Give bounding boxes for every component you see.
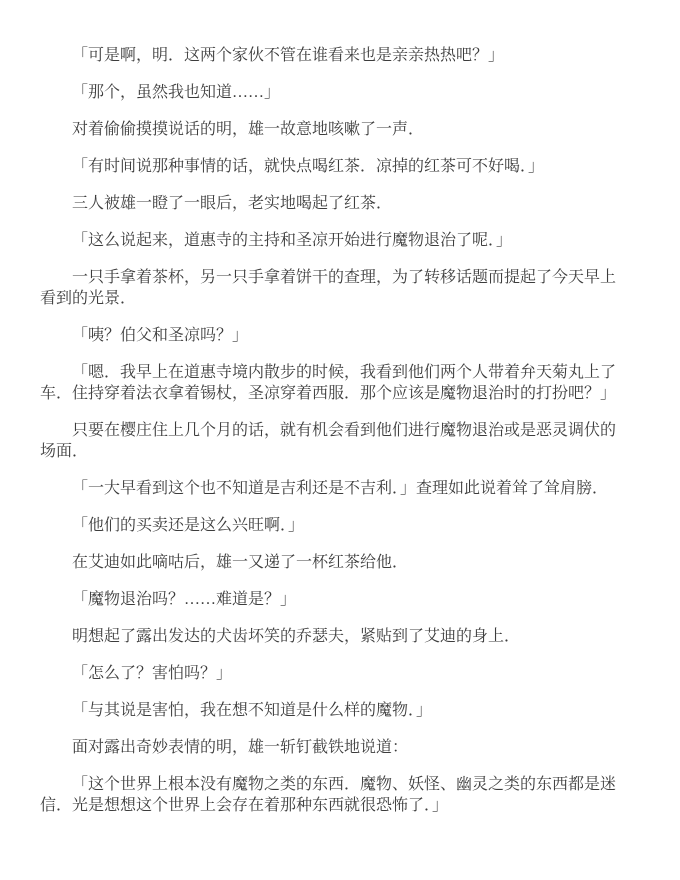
page-body: { "page": { "background_color": "#ffffff…: [0, 0, 680, 880]
paragraph: 只要在樱庄住上几个月的话，就有机会看到他们进行魔物退治或是恶灵调伏的场面．: [40, 420, 622, 462]
paragraph: 「咦？伯父和圣凉吗？」: [40, 325, 622, 346]
paragraph: 明想起了露出发达的犬齿坏笑的乔瑟夫，紧贴到了艾迪的身上．: [40, 626, 622, 647]
paragraph: 「怎么了？害怕吗？」: [40, 663, 622, 684]
paragraph: 对着偷偷摸摸说话的明，雄一故意地咳嗽了一声．: [40, 119, 622, 140]
paragraph: 「他们的买卖还是这么兴旺啊．」: [40, 515, 622, 536]
paragraph: 「嗯．我早上在道惠寺境内散步的时候，我看到他们两个人带着弁天菊丸上了车．住持穿着…: [40, 362, 622, 404]
paragraph: 在艾迪如此嘀咕后，雄一又递了一杯红茶给他．: [40, 552, 622, 573]
paragraph: 「可是啊，明．这两个家伙不管在谁看来也是亲亲热热吧？」: [40, 45, 622, 66]
paragraph: 「与其说是害怕，我在想不知道是什么样的魔物．」: [40, 700, 622, 721]
paragraph: 「这么说起来，道惠寺的主持和圣凉开始进行魔物退治了呢．」: [40, 230, 622, 251]
paragraph: 面对露出奇妙表情的明，雄一斩钉截铁地说道：: [40, 737, 622, 758]
paragraph: 「一大早看到这个也不知道是吉利还是不吉利．」查理如此说着耸了耸肩膀．: [40, 478, 622, 499]
paragraph: 三人被雄一瞪了一眼后，老实地喝起了红茶．: [40, 193, 622, 214]
paragraph: 「魔物退治吗？……难道是？」: [40, 589, 622, 610]
paragraph: 「那个，虽然我也知道……」: [40, 82, 622, 103]
document-page: 「可是啊，明．这两个家伙不管在谁看来也是亲亲热热吧？」 「那个，虽然我也知道………: [0, 0, 680, 880]
paragraph: 「这个世界上根本没有魔物之类的东西．魔物、妖怪、幽灵之类的东西都是迷信．光是想想…: [40, 774, 622, 816]
paragraph: 一只手拿着茶杯，另一只手拿着饼干的查理，为了转移话题而提起了今天早上看到的光景．: [40, 267, 622, 309]
paragraph: 「有时间说那种事情的话，就快点喝红茶．凉掉的红茶可不好喝．」: [40, 156, 622, 177]
